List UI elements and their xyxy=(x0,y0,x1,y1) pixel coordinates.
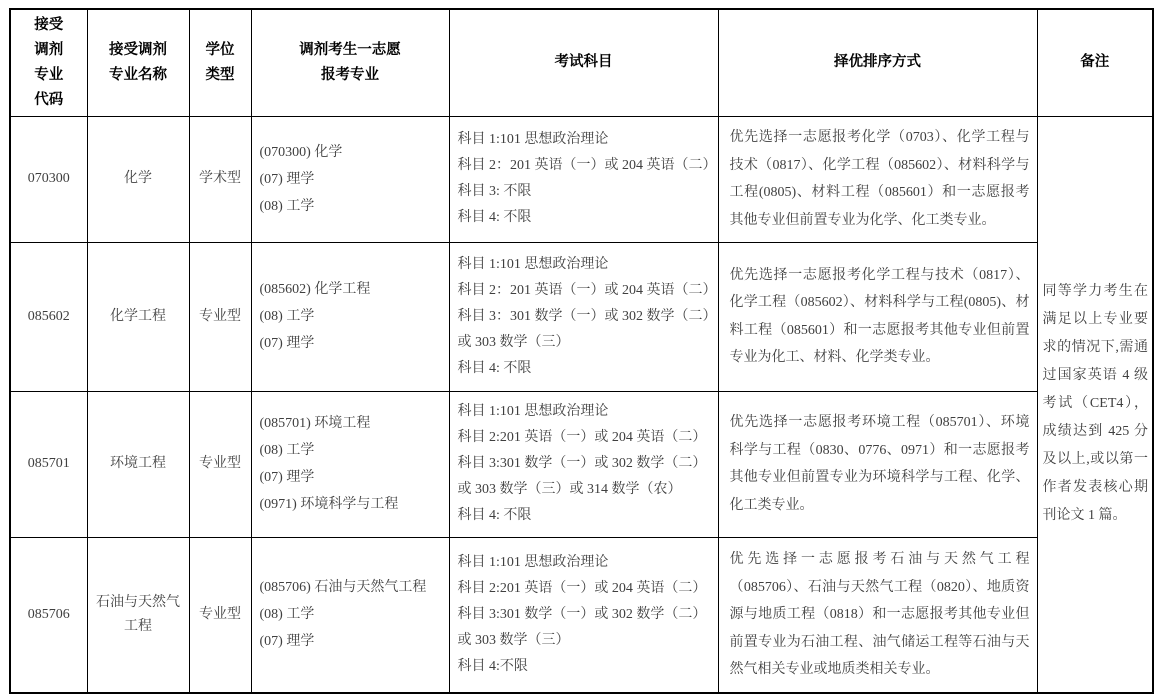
exam-subject-line: 科目 2：201 英语（一）或 204 英语（二） xyxy=(458,153,716,179)
exam-subject-line: 科目 1:101 思想政治理论 xyxy=(458,399,716,425)
cell-code: 070300 xyxy=(10,116,87,242)
cell-degree-type: 专业型 xyxy=(189,537,251,693)
cell-name: 化学 xyxy=(87,116,189,242)
cell-priority: 优先选择一志愿报考环境工程（085701）、环境科学与工程（0830、0776、… xyxy=(718,391,1037,537)
table-row: 070300 化学 学术型 (070300) 化学 (07) 理学 (08) 工… xyxy=(10,116,1153,242)
cell-degree-type: 专业型 xyxy=(189,242,251,391)
exam-subject-line: 科目 4:不限 xyxy=(458,654,716,680)
cell-degree-type: 学术型 xyxy=(189,116,251,242)
col-header-code: 接受 调剂 专业 代码 xyxy=(10,9,87,116)
cell-remarks: 同等学力考生在满足以上专业要求的情况下,需通过国家英语 4 级考试（CET4），… xyxy=(1037,116,1153,693)
exam-subject-line: 科目 3: 不限 xyxy=(458,179,716,205)
header-line: 类型 xyxy=(194,63,247,88)
first-choice-line: (085602) 化学工程 xyxy=(260,276,441,303)
col-header-first-choice: 调剂考生一志愿 报考专业 xyxy=(251,9,449,116)
cell-first-choice: (085602) 化学工程 (08) 工学 (07) 理学 xyxy=(251,242,449,391)
cell-exam-subjects: 科目 1:101 思想政治理论 科目 2：201 英语（一）或 204 英语（二… xyxy=(449,116,718,242)
header-line: 接受调剂 xyxy=(92,38,185,63)
exam-subject-line: 科目 1:101 思想政治理论 xyxy=(458,127,716,153)
adjustment-table: 接受 调剂 专业 代码 接受调剂 专业名称 学位 类型 调剂考生一志愿 报考专业 xyxy=(9,8,1154,694)
first-choice-line: (085706) 石油与天然气工程 xyxy=(260,574,441,601)
exam-subject-line: 科目 2:201 英语（一）或 204 英语（二） xyxy=(458,576,716,602)
first-choice-line: (085701) 环境工程 xyxy=(260,410,441,437)
cell-code: 085706 xyxy=(10,537,87,693)
first-choice-line: (08) 工学 xyxy=(260,303,441,330)
exam-subject-line: 科目 1:101 思想政治理论 xyxy=(458,550,716,576)
header-line: 学位 xyxy=(194,38,247,63)
cell-code: 085701 xyxy=(10,391,87,537)
first-choice-line: (07) 理学 xyxy=(260,464,441,491)
first-choice-line: (070300) 化学 xyxy=(260,139,441,166)
exam-subject-line: 科目 2:201 英语（一）或 204 英语（二） xyxy=(458,425,716,451)
exam-subject-line: 科目 2：201 英语（一）或 204 英语（二） xyxy=(458,278,716,304)
header-line: 专业名称 xyxy=(92,63,185,88)
exam-subject-line: 科目 4: 不限 xyxy=(458,205,716,231)
header-line: 接受 xyxy=(15,13,83,38)
cell-exam-subjects: 科目 1:101 思想政治理论 科目 2:201 英语（一）或 204 英语（二… xyxy=(449,391,718,537)
col-header-degree-type: 学位 类型 xyxy=(189,9,251,116)
cell-name: 石油与天然气工程 xyxy=(87,537,189,693)
header-row: 接受 调剂 专业 代码 接受调剂 专业名称 学位 类型 调剂考生一志愿 报考专业 xyxy=(10,9,1153,116)
first-choice-line: (08) 工学 xyxy=(260,601,441,628)
first-choice-line: (07) 理学 xyxy=(260,166,441,193)
header-line: 专业 xyxy=(15,63,83,88)
table-row: 085701 环境工程 专业型 (085701) 环境工程 (08) 工学 (0… xyxy=(10,391,1153,537)
first-choice-line: (07) 理学 xyxy=(260,628,441,655)
cell-first-choice: (070300) 化学 (07) 理学 (08) 工学 xyxy=(251,116,449,242)
header-line: 代码 xyxy=(15,88,83,113)
col-header-name: 接受调剂 专业名称 xyxy=(87,9,189,116)
first-choice-line: (07) 理学 xyxy=(260,330,441,357)
exam-subject-line: 科目 3：301 数学（一）或 302 数学（二）或 303 数学（三） xyxy=(458,304,716,356)
table-row: 085706 石油与天然气工程 专业型 (085706) 石油与天然气工程 (0… xyxy=(10,537,1153,693)
cell-priority: 优先选择一志愿报考化学工程与技术（0817）、化学工程（085602）、材料科学… xyxy=(718,242,1037,391)
cell-degree-type: 专业型 xyxy=(189,391,251,537)
col-header-priority: 择优排序方式 xyxy=(718,9,1037,116)
first-choice-line: (08) 工学 xyxy=(260,437,441,464)
first-choice-line: (08) 工学 xyxy=(260,193,441,220)
cell-exam-subjects: 科目 1:101 思想政治理论 科目 2:201 英语（一）或 204 英语（二… xyxy=(449,537,718,693)
header-line: 调剂考生一志愿 xyxy=(256,38,445,63)
cell-exam-subjects: 科目 1:101 思想政治理论 科目 2：201 英语（一）或 204 英语（二… xyxy=(449,242,718,391)
cell-priority: 优先选择一志愿报考化学（0703）、化学工程与技术（0817）、化学工程（085… xyxy=(718,116,1037,242)
col-header-exam-subjects: 考试科目 xyxy=(449,9,718,116)
cell-name: 环境工程 xyxy=(87,391,189,537)
col-header-remarks: 备注 xyxy=(1037,9,1153,116)
table-row: 085602 化学工程 专业型 (085602) 化学工程 (08) 工学 (0… xyxy=(10,242,1153,391)
cell-code: 085602 xyxy=(10,242,87,391)
cell-priority: 优先选择一志愿报考石油与天然气工程（085706）、石油与天然气工程（0820）… xyxy=(718,537,1037,693)
exam-subject-line: 科目 4: 不限 xyxy=(458,356,716,382)
exam-subject-line: 科目 3:301 数学（一）或 302 数学（二）或 303 数学（三）或 31… xyxy=(458,451,716,503)
cell-first-choice: (085706) 石油与天然气工程 (08) 工学 (07) 理学 xyxy=(251,537,449,693)
exam-subject-line: 科目 3:301 数学（一）或 302 数学（二）或 303 数学（三） xyxy=(458,602,716,654)
cell-name: 化学工程 xyxy=(87,242,189,391)
exam-subject-line: 科目 4: 不限 xyxy=(458,503,716,529)
document-page: 接受 调剂 专业 代码 接受调剂 专业名称 学位 类型 调剂考生一志愿 报考专业 xyxy=(0,0,1161,700)
exam-subject-line: 科目 1:101 思想政治理论 xyxy=(458,252,716,278)
cell-first-choice: (085701) 环境工程 (08) 工学 (07) 理学 (0971) 环境科… xyxy=(251,391,449,537)
header-line: 报考专业 xyxy=(256,63,445,88)
first-choice-line: (0971) 环境科学与工程 xyxy=(260,491,441,518)
header-line: 调剂 xyxy=(15,38,83,63)
